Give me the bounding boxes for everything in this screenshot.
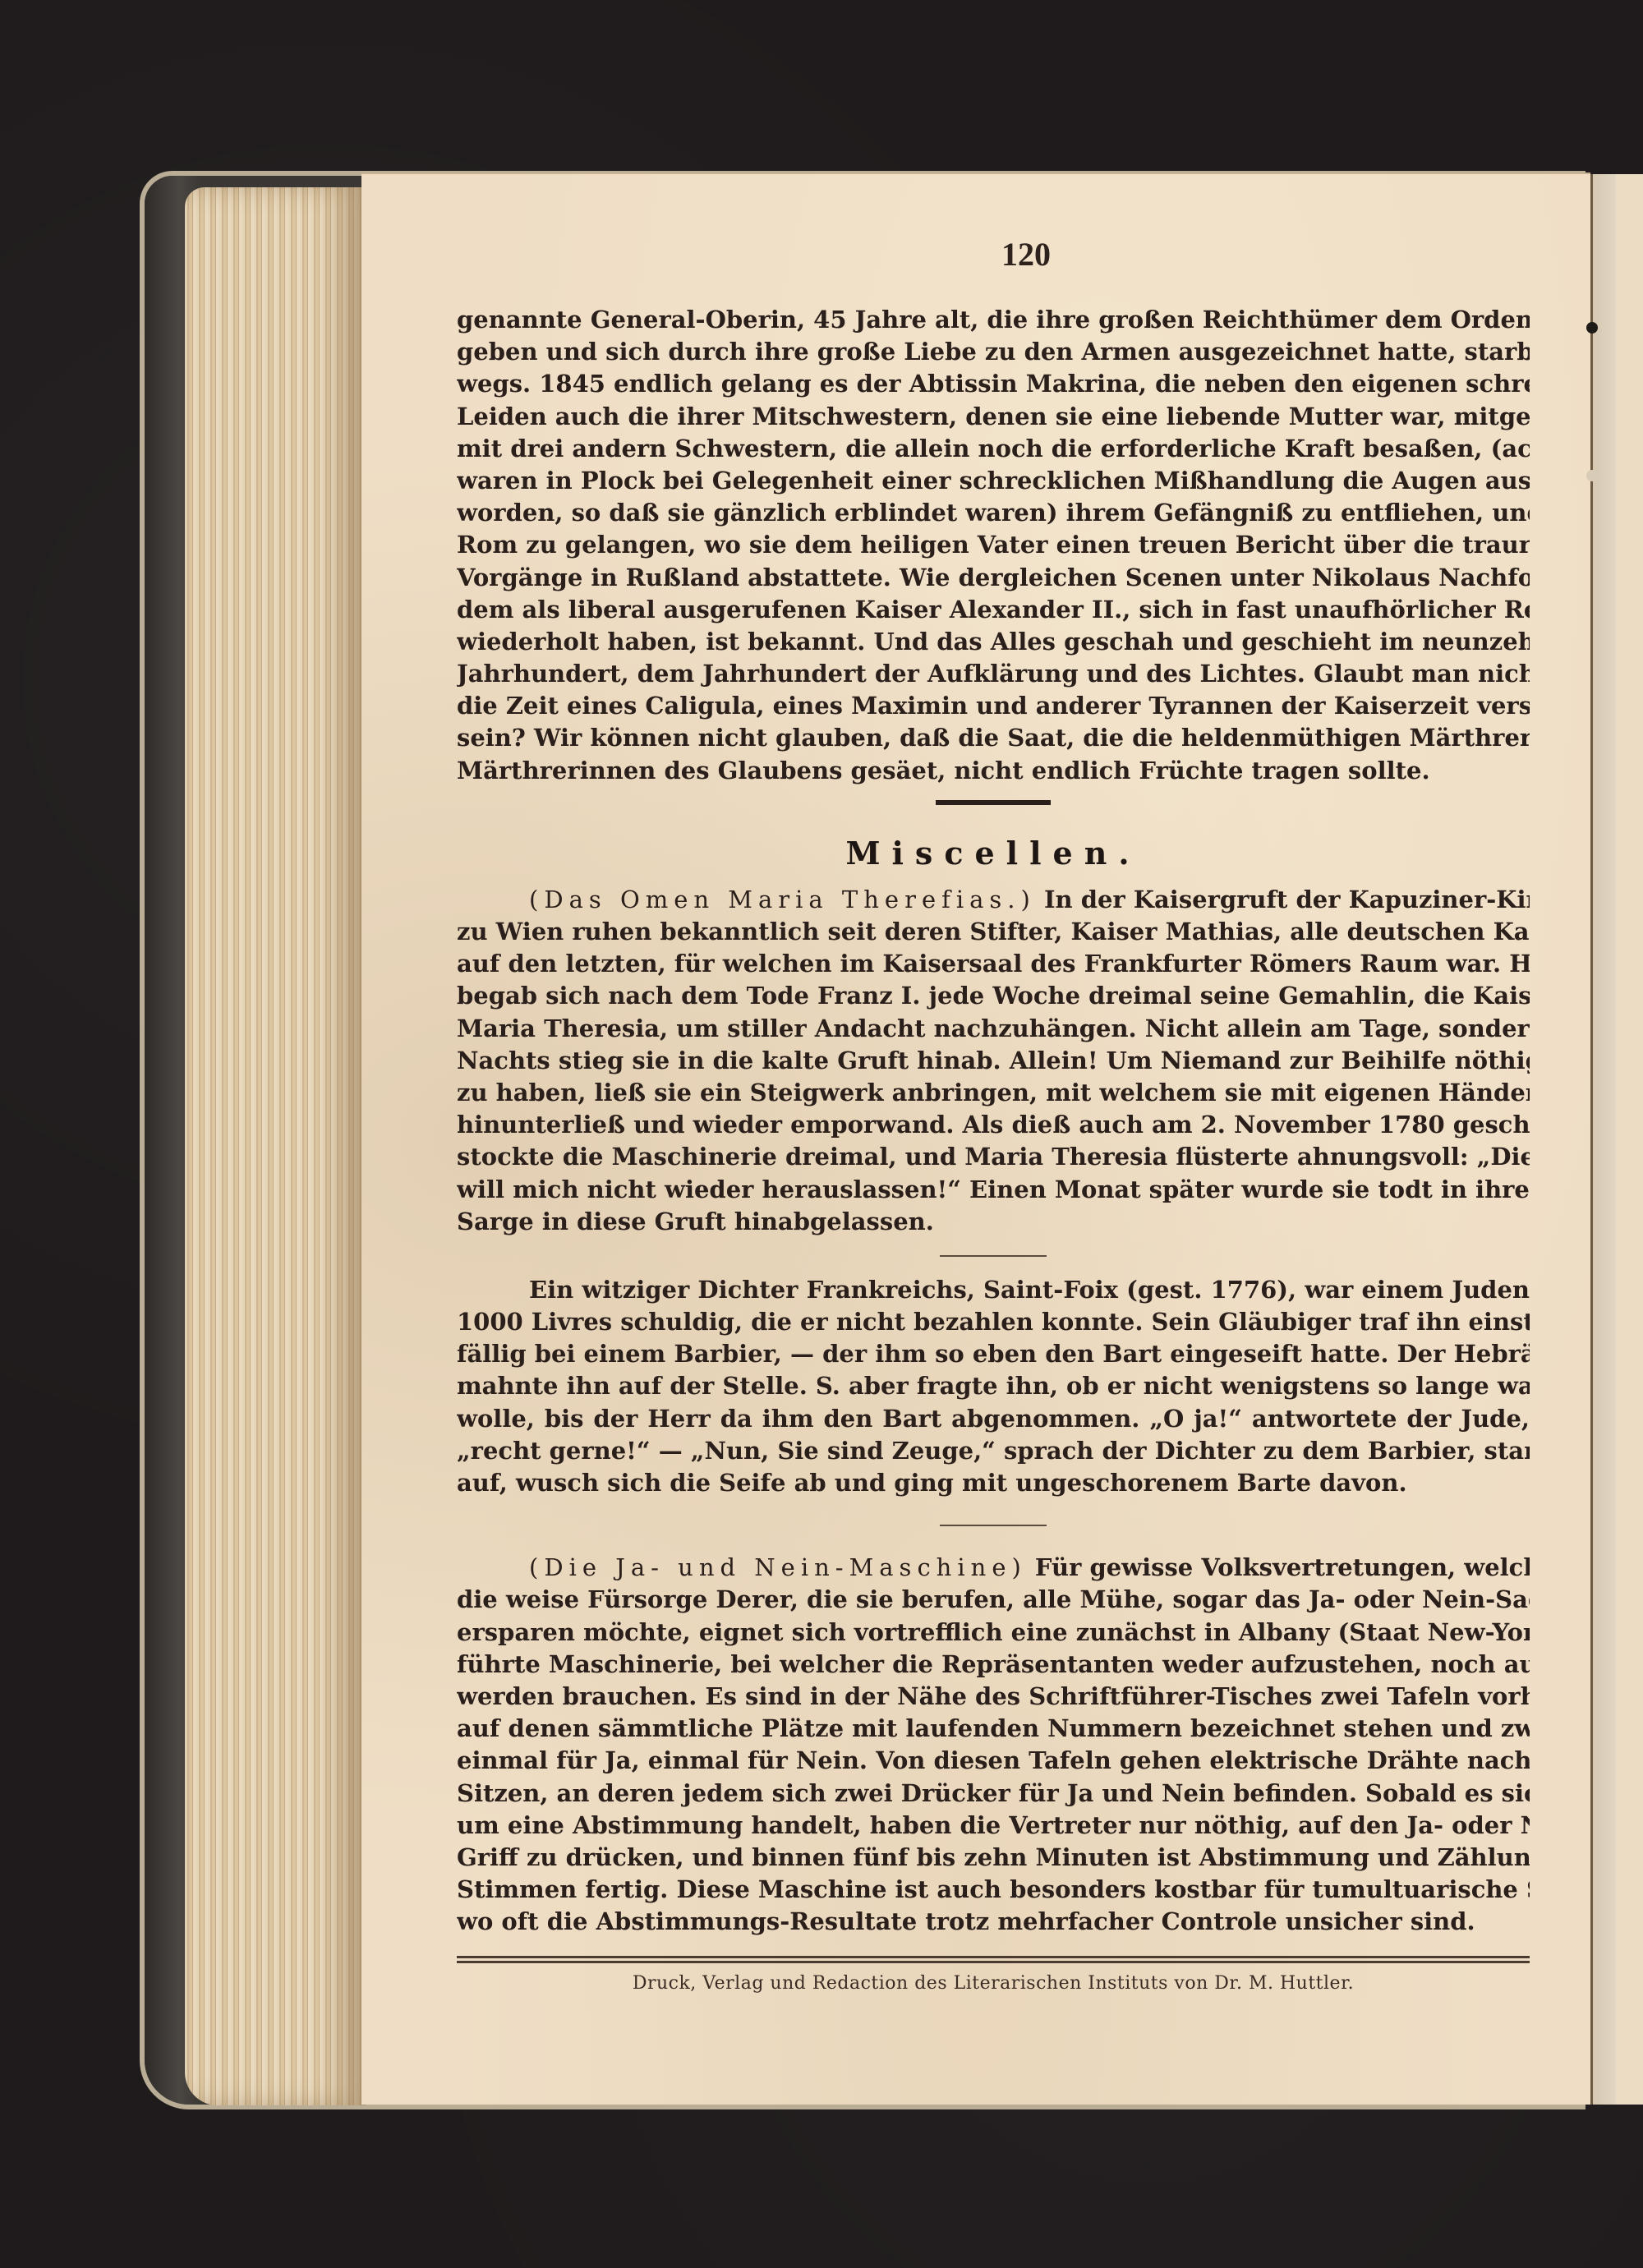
text-line: mahnte ihn auf der Stelle. S. aber fragt… xyxy=(457,1370,1530,1402)
section-heading: Miscellen. xyxy=(457,823,1530,884)
text-line: Griff zu drücken, und binnen fünf bis ze… xyxy=(457,1842,1530,1874)
text-line: die weise Fürsorge Derer, die sie berufe… xyxy=(457,1584,1530,1616)
text-line: wo oft die Abstimmungs-Resultate trotz m… xyxy=(457,1906,1530,1938)
text-line: (Die Ja- und Nein-Maschine) Für gewisse … xyxy=(457,1552,1530,1584)
text-fragment: In der Kaisergruft der Kapuziner-Kirche xyxy=(1044,886,1530,913)
section-divider xyxy=(936,800,1051,805)
text-line: Maria Theresia, um stiller Andacht nachz… xyxy=(457,1013,1530,1045)
text-line: worden, so daß sie gänzlich erblindet wa… xyxy=(457,497,1530,529)
text-line: ersparen möchte, eignet sich vortrefflic… xyxy=(457,1617,1530,1649)
text-line: fällig bei einem Barbier, — der ihm so e… xyxy=(457,1338,1530,1370)
page-block-edges xyxy=(185,187,366,2105)
separator-rule xyxy=(940,1255,1047,1257)
text-line: einmal für Ja, einmal für Nein. Von dies… xyxy=(457,1745,1530,1777)
article-separator xyxy=(457,1499,1530,1552)
text-line: (Das Omen Maria Therefias.) In der Kaise… xyxy=(457,884,1530,916)
text-line: führte Maschinerie, bei welcher die Repr… xyxy=(457,1649,1530,1681)
facing-page-sliver xyxy=(1590,174,1643,2105)
text-line: Nachts stieg sie in die kalte Gruft hina… xyxy=(457,1045,1530,1077)
text-fragment: Für gewisse Volksvertretungen, welchen xyxy=(1035,1553,1530,1581)
text-line: dem als liberal ausgerufenen Kaiser Alex… xyxy=(457,594,1530,626)
footer-double-rule xyxy=(457,1956,1530,1963)
publisher-imprint: Druck, Verlag und Redaction des Literari… xyxy=(457,1973,1530,1994)
text-line: auf den letzten, für welchen im Kaisersa… xyxy=(457,948,1530,980)
text-line: Jahrhundert, dem Jahrhundert der Aufklär… xyxy=(457,658,1530,690)
text-line: Sarge in diese Gruft hinabgelassen. xyxy=(457,1206,1530,1238)
text-line: genannte General-Oberin, 45 Jahre alt, d… xyxy=(457,304,1530,336)
page-number: 120 xyxy=(457,230,1530,304)
text-line: geben und sich durch ihre große Liebe zu… xyxy=(457,336,1530,368)
article-saint-foix: Ein witziger Dichter Frankreichs, Saint-… xyxy=(457,1274,1530,1499)
text-line: mit drei andern Schwestern, die allein n… xyxy=(457,433,1530,465)
article-separator xyxy=(457,1238,1530,1274)
continuation-paragraph: genannte General-Oberin, 45 Jahre alt, d… xyxy=(457,304,1530,787)
text-line: begab sich nach dem Tode Franz I. jede W… xyxy=(457,980,1530,1012)
text-line: auf denen sämmtliche Plätze mit laufende… xyxy=(457,1713,1530,1745)
text-line: wiederholt haben, ist bekannt. Und das A… xyxy=(457,626,1530,658)
text-line: Sitzen, an deren jedem sich zwei Drücker… xyxy=(457,1778,1530,1810)
text-line: wegs. 1845 endlich gelang es der Abtissi… xyxy=(457,368,1530,400)
text-line: Ein witziger Dichter Frankreichs, Saint-… xyxy=(457,1274,1530,1306)
text-line: um eine Abstimmung handelt, haben die Ve… xyxy=(457,1810,1530,1842)
text-line: wolle, bis der Herr da ihm den Bart abge… xyxy=(457,1403,1530,1435)
separator-rule xyxy=(940,1525,1047,1526)
text-line: will mich nicht wieder herauslassen!“ Ei… xyxy=(457,1174,1530,1206)
article-title: (Das Omen Maria Therefias.) xyxy=(529,886,1036,913)
text-line: Leiden auch die ihrer Mitschwestern, den… xyxy=(457,401,1530,433)
text-line: stockte die Maschinerie dreimal, und Mar… xyxy=(457,1141,1530,1173)
text-line: sein? Wir können nicht glauben, daß die … xyxy=(457,722,1530,754)
text-line: auf, wusch sich die Seife ab und ging mi… xyxy=(457,1467,1530,1499)
text-line: Stimmen fertig. Diese Maschine ist auch … xyxy=(457,1874,1530,1906)
page-text: 120 genannte General-Oberin, 45 Jahre al… xyxy=(457,230,1530,1994)
text-line: zu haben, ließ sie ein Steigwerk anbring… xyxy=(457,1077,1530,1109)
text-line: die Zeit eines Caligula, eines Maximin u… xyxy=(457,690,1530,722)
text-line: 1000 Livres schuldig, die er nicht bezah… xyxy=(457,1306,1530,1338)
text-line: Vorgänge in Rußland abstattete. Wie derg… xyxy=(457,562,1530,594)
text-line: Märthrerinnen des Glaubens gesäet, nicht… xyxy=(457,755,1530,787)
text-line: waren in Plock bei Gelegenheit einer sch… xyxy=(457,465,1530,497)
binding-stitch xyxy=(1586,322,1598,334)
text-line: hinunterließ und wieder emporwand. Als d… xyxy=(457,1109,1530,1141)
gutter-shadow xyxy=(1593,174,1616,2105)
text-line: Rom zu gelangen, wo sie dem heiligen Vat… xyxy=(457,529,1530,561)
binding-stitch xyxy=(1586,470,1598,481)
text-line: zu Wien ruhen bekanntlich seit deren Sti… xyxy=(457,916,1530,948)
article-omen-maria-theresia: (Das Omen Maria Therefias.) In der Kaise… xyxy=(457,884,1530,1238)
text-line: werden brauchen. Es sind in der Nähe des… xyxy=(457,1681,1530,1713)
article-ja-nein-maschine: (Die Ja- und Nein-Maschine) Für gewisse … xyxy=(457,1552,1530,1938)
article-title: (Die Ja- und Nein-Maschine) xyxy=(529,1553,1027,1581)
text-line: „recht gerne!“ — „Nun, Sie sind Zeuge,“ … xyxy=(457,1435,1530,1467)
